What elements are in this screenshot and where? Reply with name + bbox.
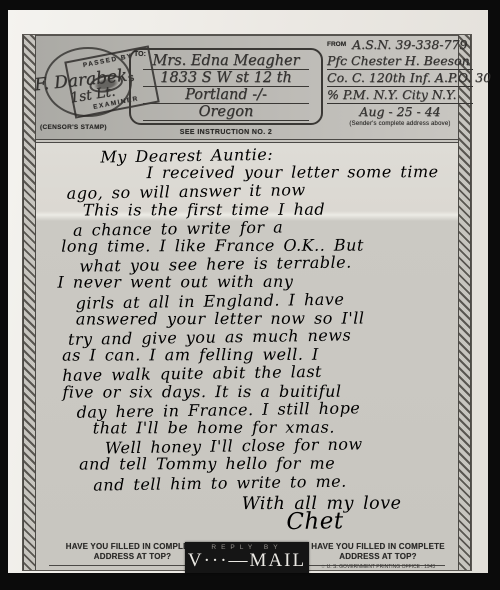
address-header: PASSED BY S EXAMINER F. Darabek 1st Lt. … [36,35,458,139]
letter-signature: Chet [53,512,343,535]
to-address-line: Portland -/- [143,87,309,104]
to-address-line: Oregon [143,104,309,121]
printing-office-note: ☆ U. S. GOVERNMENT PRINTING OFFICE : 194… [302,564,454,570]
letter-line: and tell him to write to me. [93,471,447,495]
sender-address-note: (Sender's complete address above) [327,121,473,127]
address-reminder-right: HAVE YOU FILLED IN COMPLETE ADDRESS AT T… [302,542,454,562]
to-label: TO: [134,51,146,58]
vmail-logo-box: REPLY BY V···—MAIL [185,542,309,573]
vmail-scan: PASSED BY S EXAMINER F. Darabek 1st Lt. … [0,0,500,590]
letter-closing: With all my love [53,494,401,513]
vmail-wordmark: V···—MAIL [185,551,309,570]
from-address-line: % P.M. N.Y. City N.Y. [327,87,473,104]
from-address-line: Pfc Chester H. Beeson [327,53,473,70]
hatched-border-left [23,35,36,570]
handwritten-letter: My Dearest Auntie: I received your lette… [50,144,447,534]
photo-paper: PASSED BY S EXAMINER F. Darabek 1st Lt. … [8,10,488,573]
to-address-line: Mrs. Edna Meagher [143,53,309,70]
see-instruction-label: SEE INSTRUCTION NO. 2 [129,129,323,136]
from-address-block: FROM A.S.N. 39-338-779 Pfc Chester H. Be… [327,38,473,127]
message-area: My Dearest Auntie: I received your lette… [36,143,458,570]
address-reminder-line: HAVE YOU FILLED IN COMPLETE [302,542,454,552]
censor-stamp-label: (CENSOR'S STAMP) [40,124,107,131]
to-address-box: TO: Mrs. Edna Meagher 1833 S W st 12 th … [129,48,323,125]
address-reminder-line: ADDRESS AT TOP? [302,552,454,562]
from-date: Aug - 25 - 44 [327,104,473,119]
from-asn: A.S.N. 39-338-779 [352,38,467,53]
from-address-line: Co. C. 120th Inf. A.P.O. 30 [327,70,473,87]
from-label: FROM [327,41,346,53]
from-header-row: FROM A.S.N. 39-338-779 [327,38,473,53]
vmail-form: PASSED BY S EXAMINER F. Darabek 1st Lt. … [22,34,472,571]
to-address-line: 1833 S W st 12 th [143,70,309,87]
